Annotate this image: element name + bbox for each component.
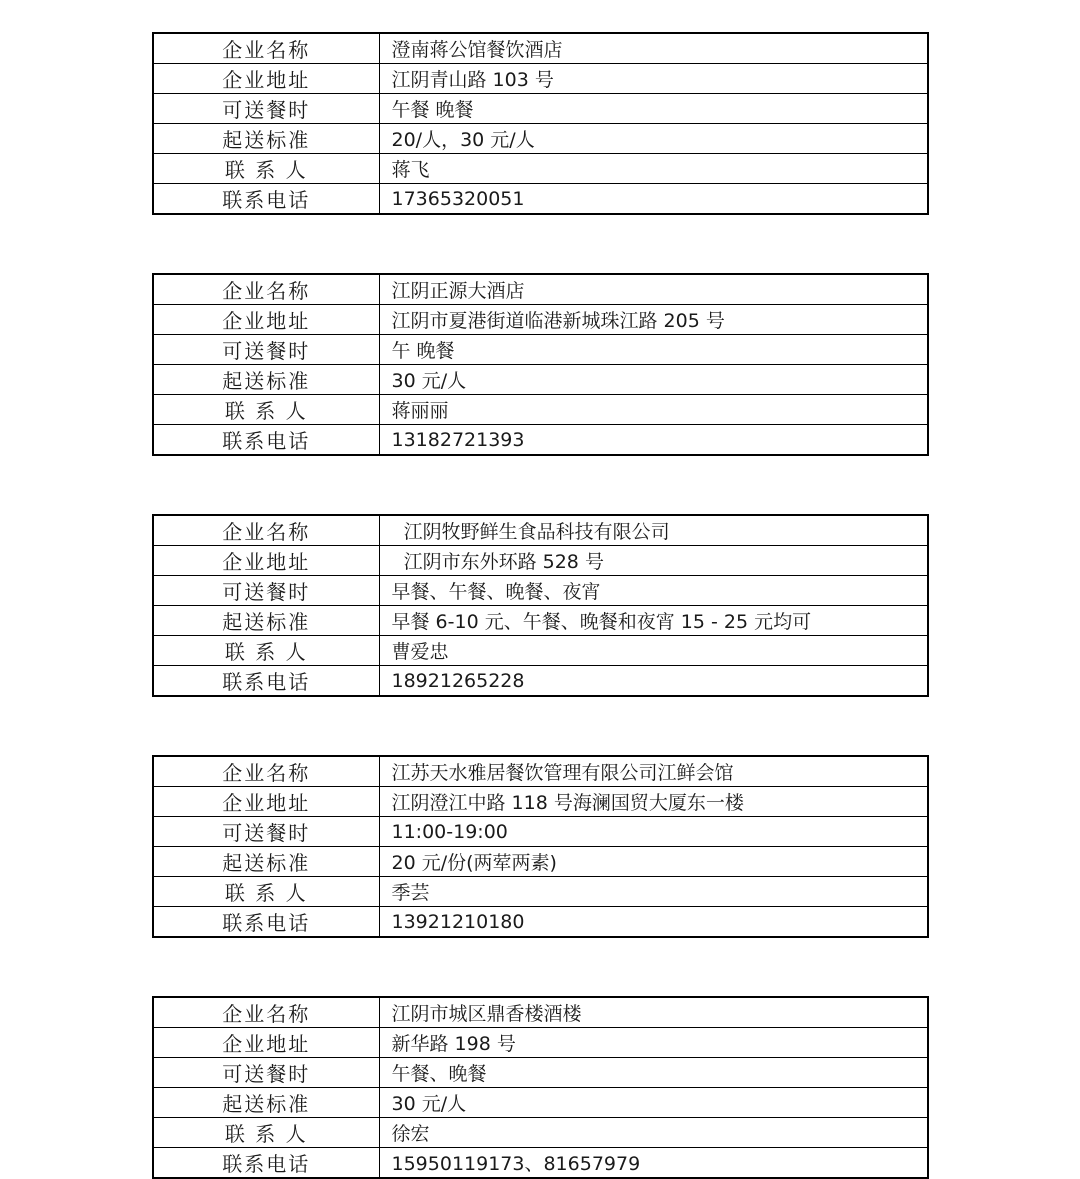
field-label-contact-phone: 联系电话: [153, 184, 379, 215]
table-row: 可送餐时 早餐、午餐、晚餐、夜宵: [153, 576, 928, 606]
field-label-meal-time: 可送餐时: [153, 817, 379, 847]
field-label-company-name: 企业名称: [153, 33, 379, 64]
field-label-company-address: 企业地址: [153, 1028, 379, 1058]
company-info-table-2: 企业名称 江阴正源大酒店 企业地址 江阴市夏港街道临港新城珠江路 205 号 可…: [152, 273, 929, 456]
table-row: 企业名称 江阴正源大酒店: [153, 274, 928, 305]
company-info-table-5: 企业名称 江阴市城区鼎香楼酒楼 企业地址 新华路 198 号 可送餐时 午餐、晚…: [152, 996, 929, 1179]
table-row: 企业名称 江阴牧野鲜生食品科技有限公司: [153, 515, 928, 546]
table-row: 企业名称 江阴市城区鼎香楼酒楼: [153, 997, 928, 1028]
field-label-meal-time: 可送餐时: [153, 576, 379, 606]
field-label-company-address: 企业地址: [153, 64, 379, 94]
table-row: 联 系 人 季芸: [153, 877, 928, 907]
table-row: 起送标准 20 元/份(两荤两素): [153, 847, 928, 877]
min-order-value: 20/人，30 元/人: [379, 124, 928, 154]
company-address-value: 江阴市夏港街道临港新城珠江路 205 号: [379, 305, 928, 335]
meal-time-value: 午餐、晚餐: [379, 1058, 928, 1088]
company-address-value: 江阴青山路 103 号: [379, 64, 928, 94]
table-row: 起送标准 早餐 6-10 元、午餐、晚餐和夜宵 15 - 25 元均可: [153, 606, 928, 636]
contact-person-value: 季芸: [379, 877, 928, 907]
min-order-value: 30 元/人: [379, 365, 928, 395]
field-label-company-address: 企业地址: [153, 546, 379, 576]
table-row: 可送餐时 午 晚餐: [153, 335, 928, 365]
table-row: 企业名称 江苏天水雅居餐饮管理有限公司江鲜会馆: [153, 756, 928, 787]
field-label-meal-time: 可送餐时: [153, 1058, 379, 1088]
field-label-contact-person: 联 系 人: [153, 636, 379, 666]
min-order-value: 早餐 6-10 元、午餐、晚餐和夜宵 15 - 25 元均可: [379, 606, 928, 636]
contact-phone-value: 17365320051: [379, 184, 928, 215]
field-label-contact-person: 联 系 人: [153, 1118, 379, 1148]
company-name-value: 江苏天水雅居餐饮管理有限公司江鲜会馆: [379, 756, 928, 787]
field-label-contact-person: 联 系 人: [153, 154, 379, 184]
field-label-company-name: 企业名称: [153, 997, 379, 1028]
company-address-value: 江阴澄江中路 118 号海澜国贸大厦东一楼: [379, 787, 928, 817]
field-label-min-order: 起送标准: [153, 124, 379, 154]
document-page: 企业名称 澄南蒋公馆餐饮酒店 企业地址 江阴青山路 103 号 可送餐时 午餐 …: [0, 0, 1080, 1171]
company-name-value: 澄南蒋公馆餐饮酒店: [379, 33, 928, 64]
table-row: 起送标准 20/人，30 元/人: [153, 124, 928, 154]
table-row: 联 系 人 蒋丽丽: [153, 395, 928, 425]
meal-time-value: 午 晚餐: [379, 335, 928, 365]
table-row: 起送标准 30 元/人: [153, 365, 928, 395]
company-name-value: 江阴正源大酒店: [379, 274, 928, 305]
table-row: 联 系 人 蒋飞: [153, 154, 928, 184]
table-row: 企业名称 澄南蒋公馆餐饮酒店: [153, 33, 928, 64]
table-row: 企业地址 新华路 198 号: [153, 1028, 928, 1058]
table-row: 联系电话 13921210180: [153, 907, 928, 938]
field-label-contact-phone: 联系电话: [153, 666, 379, 697]
company-name-value: 江阴市城区鼎香楼酒楼: [379, 997, 928, 1028]
company-info-table-4: 企业名称 江苏天水雅居餐饮管理有限公司江鲜会馆 企业地址 江阴澄江中路 118 …: [152, 755, 929, 938]
table-row: 联 系 人 曹爱忠: [153, 636, 928, 666]
table-row: 可送餐时 午餐 晚餐: [153, 94, 928, 124]
table-row: 可送餐时 午餐、晚餐: [153, 1058, 928, 1088]
field-label-meal-time: 可送餐时: [153, 94, 379, 124]
field-label-company-name: 企业名称: [153, 274, 379, 305]
field-label-company-name: 企业名称: [153, 756, 379, 787]
table-row: 联系电话 15950119173、81657979: [153, 1148, 928, 1179]
meal-time-value: 早餐、午餐、晚餐、夜宵: [379, 576, 928, 606]
field-label-company-address: 企业地址: [153, 787, 379, 817]
table-row: 联系电话 13182721393: [153, 425, 928, 456]
min-order-value: 30 元/人: [379, 1088, 928, 1118]
field-label-contact-phone: 联系电话: [153, 907, 379, 938]
field-label-contact-person: 联 系 人: [153, 877, 379, 907]
field-label-min-order: 起送标准: [153, 1088, 379, 1118]
field-label-min-order: 起送标准: [153, 365, 379, 395]
contact-phone-value: 15950119173、81657979: [379, 1148, 928, 1179]
contact-phone-value: 13182721393: [379, 425, 928, 456]
contact-person-value: 蒋丽丽: [379, 395, 928, 425]
table-row: 企业地址 江阴市东外环路 528 号: [153, 546, 928, 576]
field-label-company-address: 企业地址: [153, 305, 379, 335]
table-row: 企业地址 江阴市夏港街道临港新城珠江路 205 号: [153, 305, 928, 335]
company-address-value: 新华路 198 号: [379, 1028, 928, 1058]
meal-time-value: 11:00-19:00: [379, 817, 928, 847]
min-order-value: 20 元/份(两荤两素): [379, 847, 928, 877]
meal-time-value: 午餐 晚餐: [379, 94, 928, 124]
table-row: 企业地址 江阴澄江中路 118 号海澜国贸大厦东一楼: [153, 787, 928, 817]
field-label-contact-phone: 联系电话: [153, 425, 379, 456]
field-label-company-name: 企业名称: [153, 515, 379, 546]
table-row: 起送标准 30 元/人: [153, 1088, 928, 1118]
table-row: 联系电话 18921265228: [153, 666, 928, 697]
company-info-table-3: 企业名称 江阴牧野鲜生食品科技有限公司 企业地址 江阴市东外环路 528 号 可…: [152, 514, 929, 697]
field-label-meal-time: 可送餐时: [153, 335, 379, 365]
field-label-contact-person: 联 系 人: [153, 395, 379, 425]
contact-person-value: 曹爱忠: [379, 636, 928, 666]
table-row: 联 系 人 徐宏: [153, 1118, 928, 1148]
company-info-table-1: 企业名称 澄南蒋公馆餐饮酒店 企业地址 江阴青山路 103 号 可送餐时 午餐 …: [152, 32, 929, 215]
company-address-value: 江阴市东外环路 528 号: [379, 546, 928, 576]
field-label-min-order: 起送标准: [153, 606, 379, 636]
table-row: 企业地址 江阴青山路 103 号: [153, 64, 928, 94]
contact-phone-value: 18921265228: [379, 666, 928, 697]
company-name-value: 江阴牧野鲜生食品科技有限公司: [379, 515, 928, 546]
table-row: 联系电话 17365320051: [153, 184, 928, 215]
contact-person-value: 徐宏: [379, 1118, 928, 1148]
field-label-min-order: 起送标准: [153, 847, 379, 877]
contact-person-value: 蒋飞: [379, 154, 928, 184]
contact-phone-value: 13921210180: [379, 907, 928, 938]
field-label-contact-phone: 联系电话: [153, 1148, 379, 1179]
table-row: 可送餐时 11:00-19:00: [153, 817, 928, 847]
